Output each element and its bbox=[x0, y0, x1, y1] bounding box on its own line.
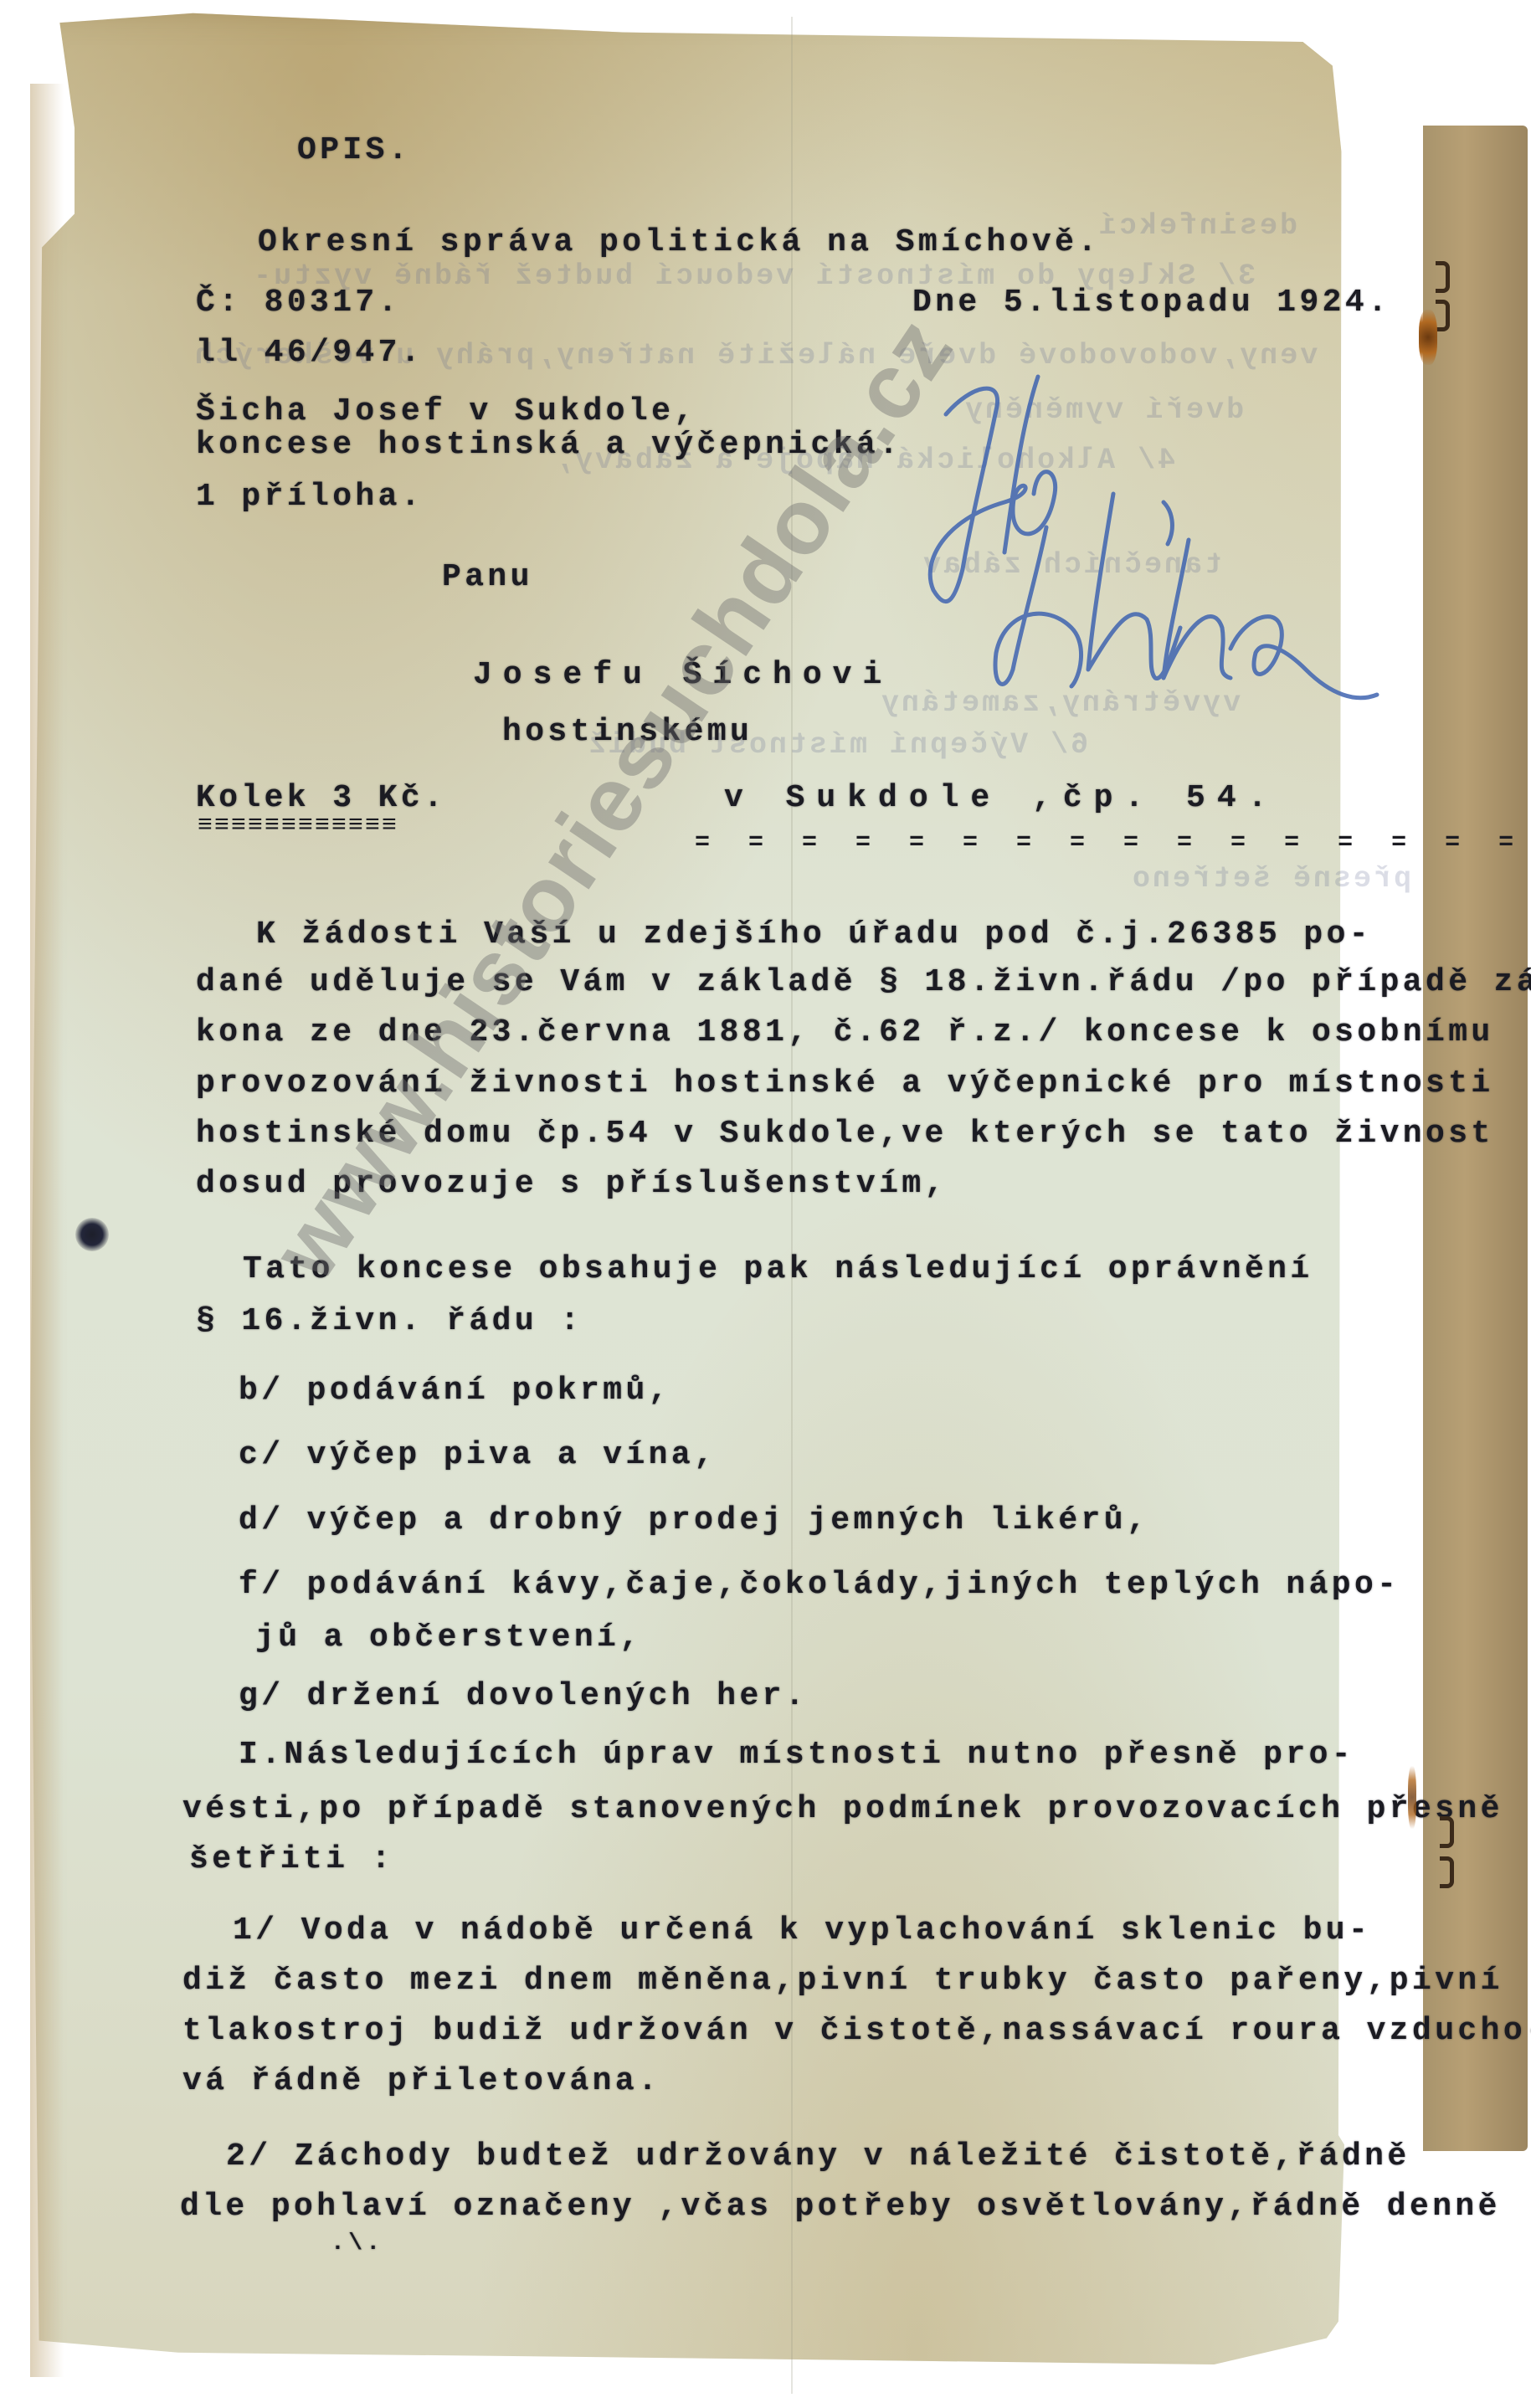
bleed-through-text: přesně šetřeno bbox=[1130, 862, 1411, 896]
staple-mark bbox=[1436, 300, 1450, 331]
condition-line: diž často mezi dnem měněna,pivní trubky … bbox=[182, 1963, 1503, 1999]
condition-line: tlakostroj budiž udržován v čistotě,nass… bbox=[182, 2013, 1531, 2049]
condition-line: 2/ Záchody budtež udržovány v náležité č… bbox=[226, 2138, 1410, 2174]
right-item: d/ výčep a drobný prodej jemných likérů, bbox=[239, 1502, 1149, 1538]
staple-mark bbox=[1440, 1856, 1454, 1888]
salutation: Panu bbox=[442, 559, 533, 595]
addressee-address: v Sukdole ,čp. 54. bbox=[724, 780, 1278, 816]
section-line: I.Následujících úprav místnosti nutno př… bbox=[239, 1737, 1354, 1773]
staple-mark bbox=[1436, 261, 1450, 293]
right-item: c/ výčep piva a vína, bbox=[239, 1437, 717, 1473]
rust-stain bbox=[1419, 310, 1437, 365]
section-line: šetřiti : bbox=[189, 1841, 394, 1877]
right-item: g/ držení dovolených her. bbox=[239, 1678, 808, 1714]
file-number: ll 46/947. bbox=[196, 335, 424, 371]
condition-line: dle pohlaví označeny ,včas potřeby osvět… bbox=[180, 2189, 1501, 2225]
section-line: vésti,po případě stanovených podmínek pr… bbox=[182, 1791, 1503, 1827]
issuing-office: Okresní správa politická na Smíchově. bbox=[258, 224, 1101, 260]
attachment-note: 1 příloha. bbox=[196, 479, 424, 515]
subject-line: Šicha Josef v Sukdole, bbox=[196, 393, 696, 429]
reference-number: Č: 80317. bbox=[196, 285, 401, 321]
condition-line: 1/ Voda v nádobě určená k vyplachování s… bbox=[233, 1913, 1371, 1948]
body-line: dané uděluje se Vám v základě § 18.živn.… bbox=[196, 964, 1531, 1000]
staple-mark bbox=[1440, 1816, 1454, 1848]
right-item: b/ podávání pokrmů, bbox=[239, 1373, 671, 1409]
condition-line: vá řádně přiletována. bbox=[182, 2063, 660, 2099]
address-underline: = = = = = = = = = = = = = = = = = = bbox=[695, 829, 1531, 857]
body-line: Tato koncese obsahuje pak následující op… bbox=[243, 1251, 1313, 1287]
document-heading: OPIS. bbox=[297, 132, 411, 168]
rust-stain bbox=[1408, 1766, 1416, 1829]
right-item: f/ podávání kávy,čaje,čokolády,jiných te… bbox=[239, 1567, 1400, 1603]
body-line: K žádosti Vaší u zdejšího úřadu pod č.j.… bbox=[256, 916, 1372, 952]
paper-edge-stain bbox=[30, 84, 64, 2377]
stamp-fee-underline: ≡≡≡≡≡≡≡≡≡≡≡≡ bbox=[198, 812, 398, 840]
ink-blot bbox=[75, 1218, 109, 1251]
page-continuation-mark: .\. bbox=[331, 2231, 384, 2257]
document-date: Dne 5.listopadu 1924. bbox=[912, 285, 1390, 321]
right-item: jů a občerstvení, bbox=[255, 1620, 642, 1656]
stamp-fee: Kolek 3 Kč. bbox=[196, 780, 446, 816]
handwritten-signature bbox=[912, 352, 1381, 720]
body-line: § 16.živn. řádu : bbox=[196, 1303, 583, 1339]
bleed-through-text: desinfekcí bbox=[1097, 209, 1297, 243]
